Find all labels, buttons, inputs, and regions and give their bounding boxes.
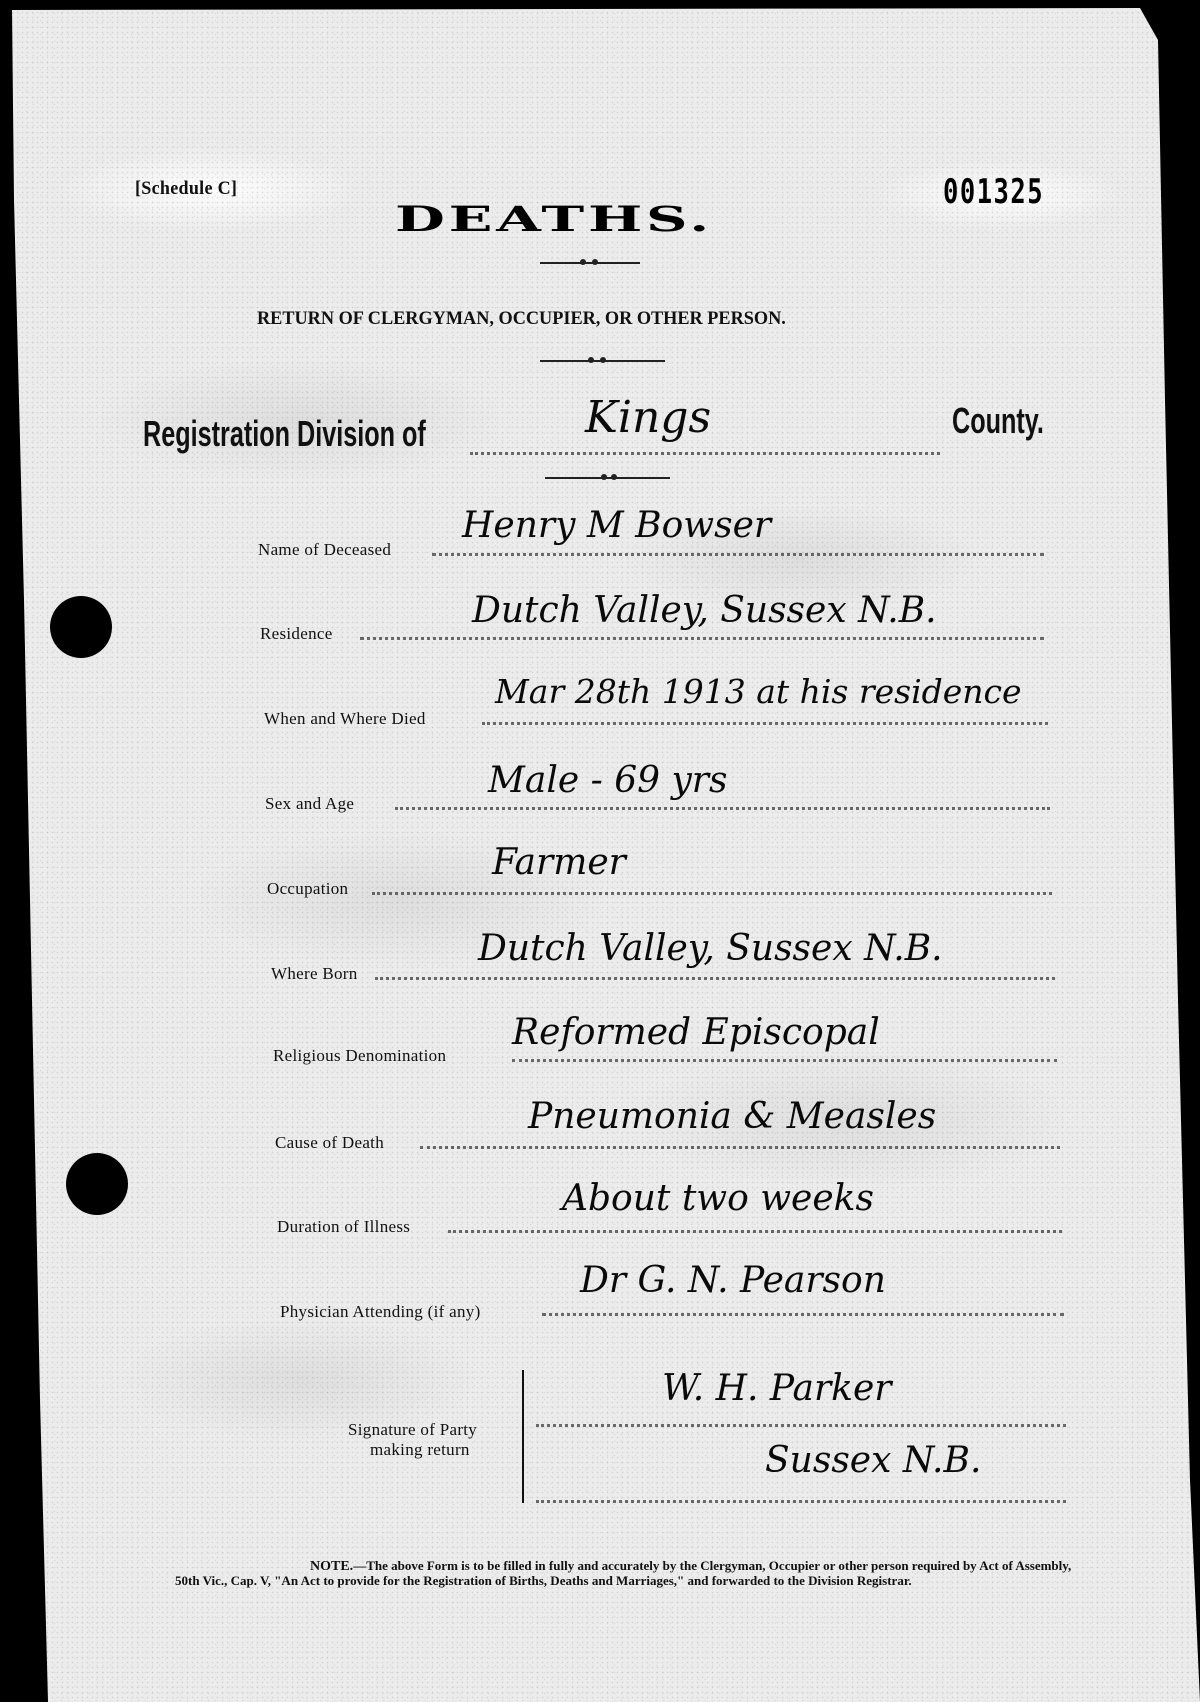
field-label-sex-age: Sex and Age xyxy=(265,794,354,814)
dotted-line xyxy=(420,1146,1060,1149)
signature-label-line1: Signature of Party xyxy=(348,1420,477,1440)
form-subtitle: RETURN OF CLERGYMAN, OCCUPIER, OR OTHER … xyxy=(257,308,786,330)
dotted-line xyxy=(542,1313,1064,1316)
field-value-duration-of-illness: About two weeks xyxy=(562,1178,874,1219)
field-label-physician-attending: Physician Attending (if any) xyxy=(280,1302,481,1322)
registration-division-label: Registration Division of xyxy=(143,413,426,455)
field-value-residence: Dutch Valley, Sussex N.B. xyxy=(472,590,937,631)
field-label-where-born: Where Born xyxy=(271,964,358,984)
field-value-where-born: Dutch Valley, Sussex N.B. xyxy=(478,928,943,969)
dotted-line xyxy=(375,977,1055,980)
schedule-label: [Schedule C] xyxy=(135,178,237,200)
punch-hole-top xyxy=(50,596,112,658)
dotted-line xyxy=(512,1059,1057,1062)
registration-division-value: Kings xyxy=(585,392,711,443)
field-label-religious-denomination: Religious Denomination xyxy=(273,1046,446,1066)
divider-ornament xyxy=(540,360,665,362)
field-label-occupation: Occupation xyxy=(267,879,348,899)
signature-bracket xyxy=(522,1370,524,1503)
dotted-line xyxy=(360,637,1044,640)
divider-ornament xyxy=(540,262,640,264)
dotted-line xyxy=(372,892,1052,895)
signature-place: Sussex N.B. xyxy=(765,1440,981,1481)
field-label-when-where-died: When and Where Died xyxy=(264,709,426,729)
field-value-when-where-died: Mar 28th 1913 at his residence xyxy=(495,672,1022,711)
field-value-cause-of-death: Pneumonia & Measles xyxy=(528,1096,936,1137)
field-value-name: Henry M Bowser xyxy=(462,505,771,546)
dotted-line xyxy=(536,1500,1066,1503)
field-value-physician-attending: Dr G. N. Pearson xyxy=(580,1260,886,1301)
county-label: County. xyxy=(952,400,1044,442)
dotted-line xyxy=(536,1424,1066,1427)
divider-ornament xyxy=(545,477,670,479)
dotted-line xyxy=(470,452,940,455)
field-label-duration-of-illness: Duration of Illness xyxy=(277,1217,410,1237)
dotted-line xyxy=(395,807,1050,810)
field-value-occupation: Farmer xyxy=(492,842,626,883)
death-record-form: [Schedule C] 001325 DEATHS. RETURN OF CL… xyxy=(0,0,1200,1702)
footnote-lead: NOTE. xyxy=(310,1559,353,1574)
signature-name: W. H. Parker xyxy=(662,1368,891,1409)
signature-label-line2: making return xyxy=(370,1440,470,1460)
field-value-sex-age: Male - 69 yrs xyxy=(488,760,727,801)
dotted-line xyxy=(432,553,1044,556)
serial-number: 001325 xyxy=(943,172,1044,212)
field-label-cause-of-death: Cause of Death xyxy=(275,1133,384,1153)
punch-hole-bottom xyxy=(66,1153,128,1215)
field-label-name: Name of Deceased xyxy=(258,540,391,560)
footnote: NOTE.—The above Form is to be filled in … xyxy=(175,1559,1075,1588)
field-value-religious-denomination: Reformed Episcopal xyxy=(512,1012,880,1053)
field-label-residence: Residence xyxy=(260,624,333,644)
dotted-line xyxy=(448,1230,1062,1233)
dotted-line xyxy=(482,722,1048,725)
page-title: DEATHS. xyxy=(395,199,713,240)
